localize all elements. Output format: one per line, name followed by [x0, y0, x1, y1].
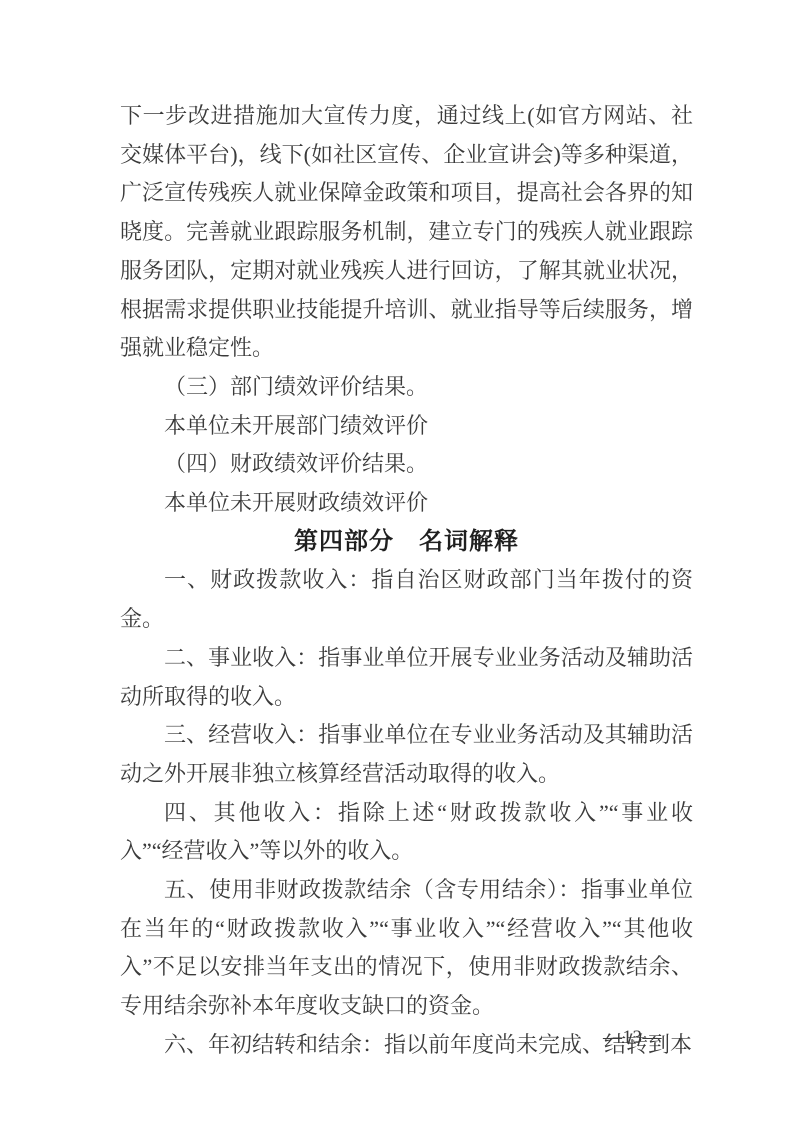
page-number: —13— [603, 1027, 662, 1049]
definition-5: 五、使用非财政拨款结余（含专用结余）：指事业单位在当年的“财政拨款收入”“事业收… [120, 871, 693, 1026]
subsection-heading-4: （四）财政绩效评价结果。 [120, 445, 693, 484]
subsection-body-4: 本单位未开展财政绩效评价 [120, 484, 693, 523]
definition-1: 一、财政拨款收入：指自治区财政部门当年拨付的资金。 [120, 561, 693, 638]
document-body: 下一步改进措施加大宣传力度，通过线上(如官方网站、社交媒体平台)，线下(如社区宣… [120, 97, 693, 1065]
subsection-body-3: 本单位未开展部门绩效评价 [120, 407, 693, 446]
definition-4: 四、其他收入：指除上述“财政拨款收入”“事业收入”“经营收入”等以外的收入。 [120, 794, 693, 871]
definition-2: 二、事业收入：指事业单位开展专业业务活动及辅助活动所取得的收入。 [120, 639, 693, 716]
definition-3: 三、经营收入：指事业单位在专业业务活动及其辅助活动之外开展非独立核算经营活动取得… [120, 716, 693, 793]
document-page: 下一步改进措施加大宣传力度，通过线上(如官方网站、社交媒体平台)，线下(如社区宣… [0, 0, 800, 1131]
intro-paragraph: 下一步改进措施加大宣传力度，通过线上(如官方网站、社交媒体平台)，线下(如社区宣… [120, 97, 693, 368]
section-heading: 第四部分 名词解释 [120, 523, 693, 562]
subsection-heading-3: （三）部门绩效评价结果。 [120, 368, 693, 407]
